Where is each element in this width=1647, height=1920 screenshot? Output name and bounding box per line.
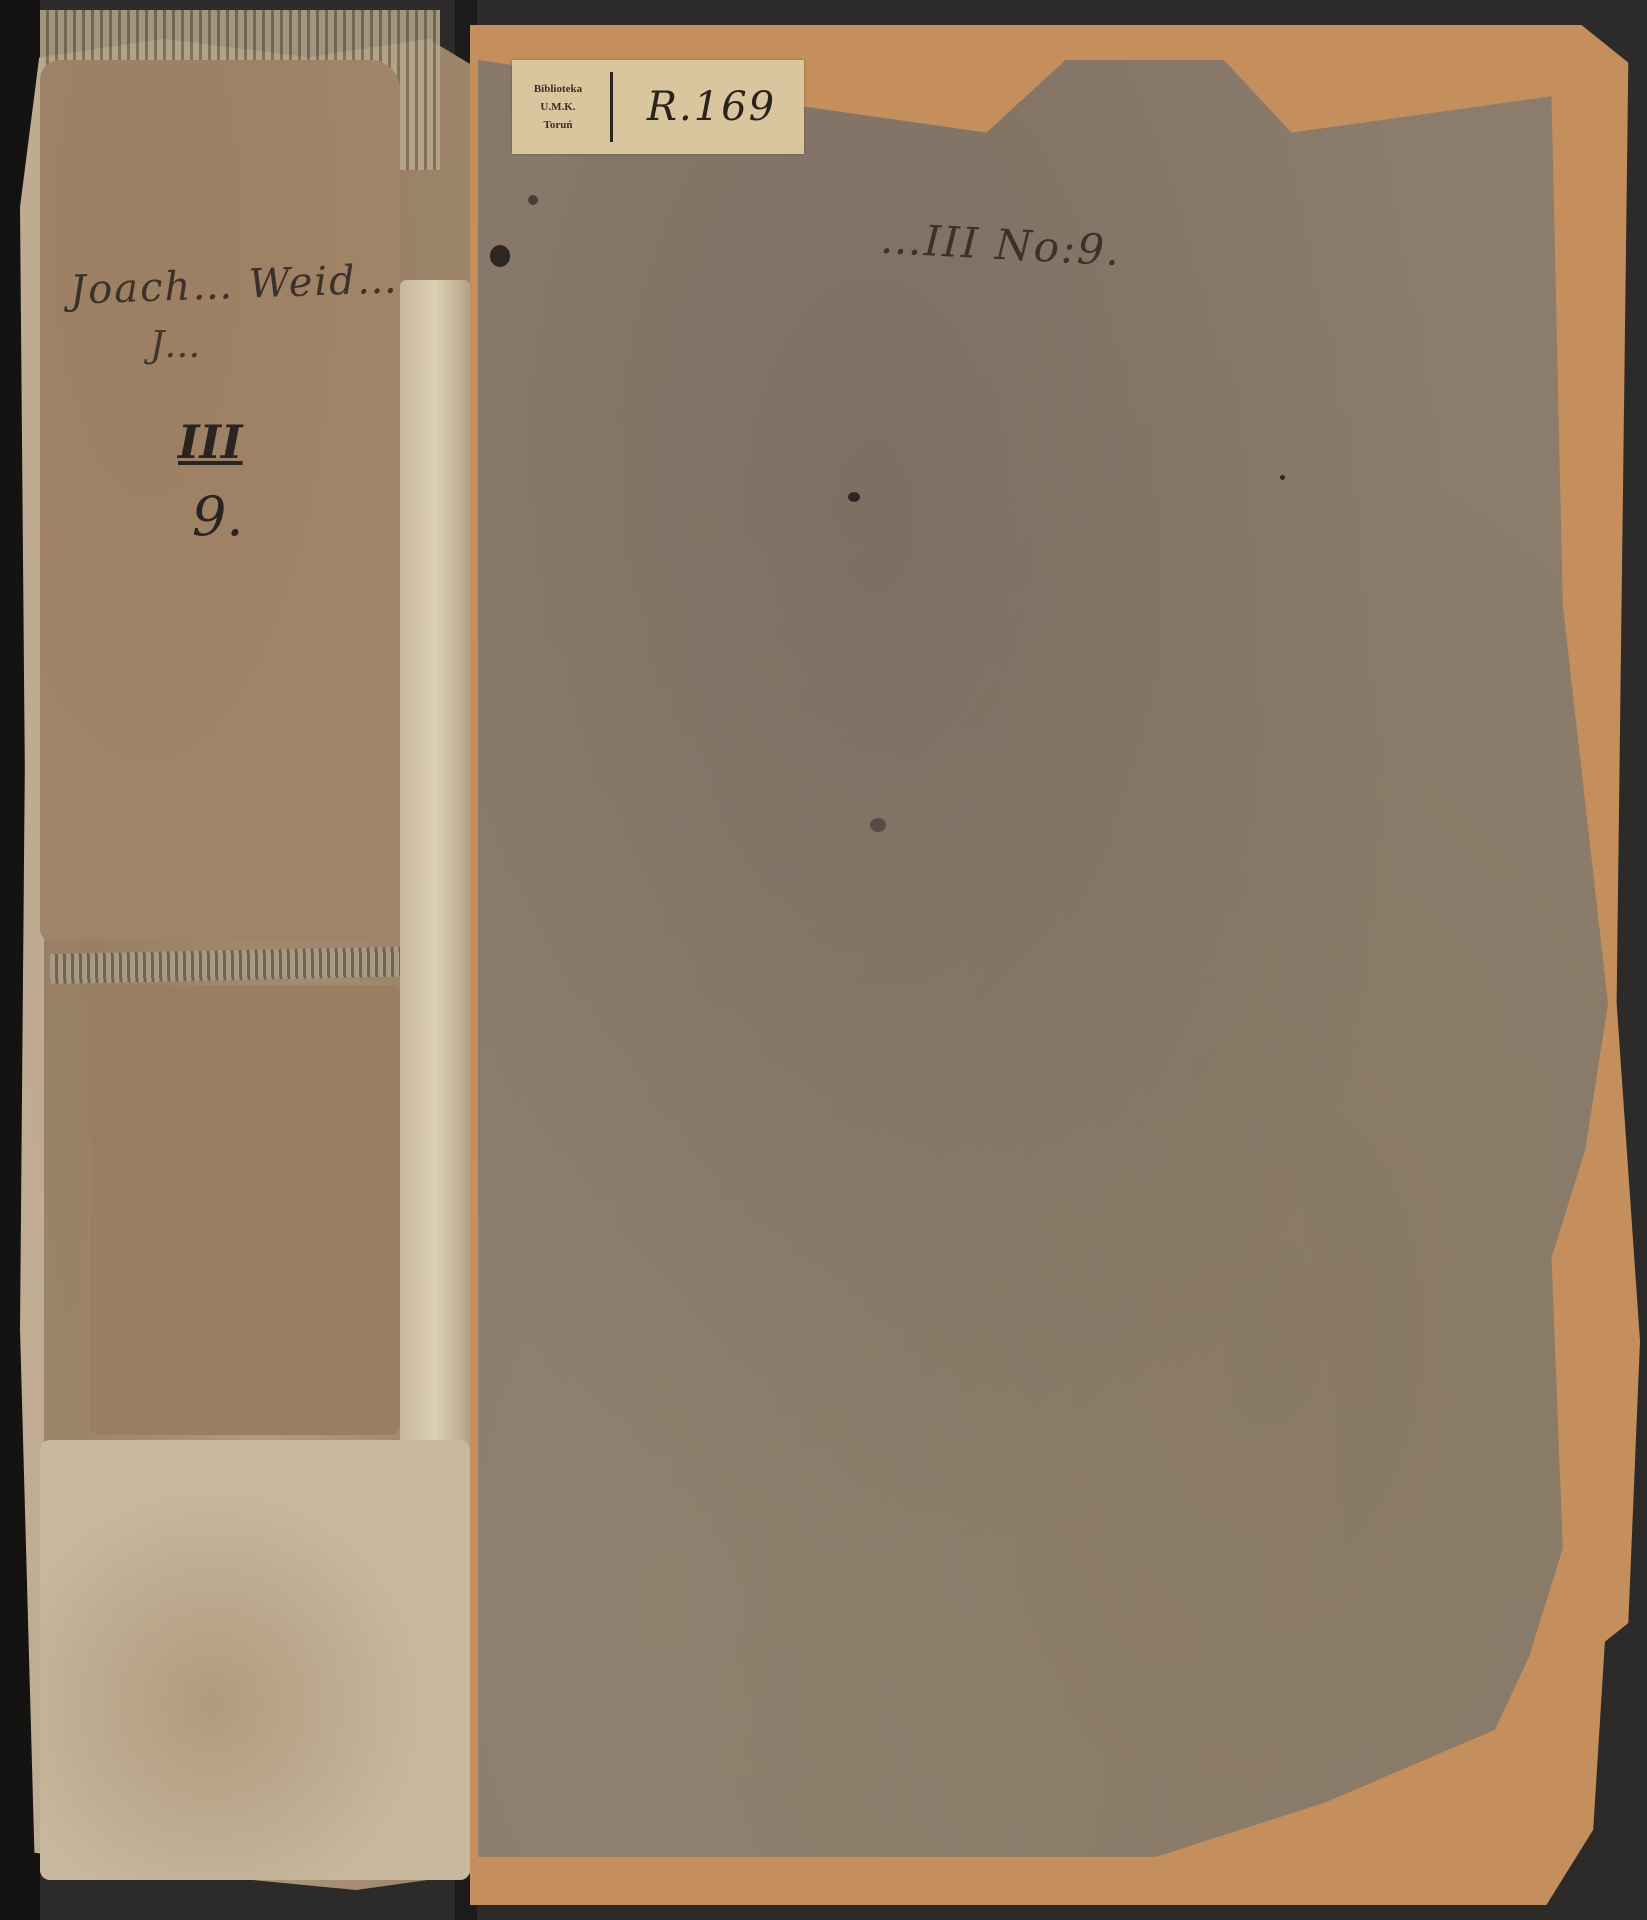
ink-stain: [528, 195, 538, 205]
label-line2: U.M.K.: [512, 98, 604, 116]
label-divider: [610, 72, 613, 142]
spine-number: 9.: [192, 485, 244, 548]
ink-stain: [1280, 475, 1285, 480]
spine-title-line2: J…: [150, 325, 200, 366]
ink-stain: [870, 818, 886, 832]
spine-volume: III: [178, 415, 243, 469]
spine-bottom-worn: [40, 1440, 470, 1880]
label-line1: Biblioteka: [512, 80, 604, 98]
label-line3: Toruń: [512, 116, 604, 134]
spine-lower-panel: [90, 985, 400, 1435]
label-institution: Biblioteka U.M.K. Toruń: [512, 80, 604, 134]
front-board: [478, 60, 1608, 1875]
label-shelfmark: R.169: [619, 84, 804, 130]
ink-stain: [490, 245, 510, 267]
library-label: Biblioteka U.M.K. Toruń R.169: [512, 60, 804, 154]
ink-stain: [848, 492, 860, 502]
